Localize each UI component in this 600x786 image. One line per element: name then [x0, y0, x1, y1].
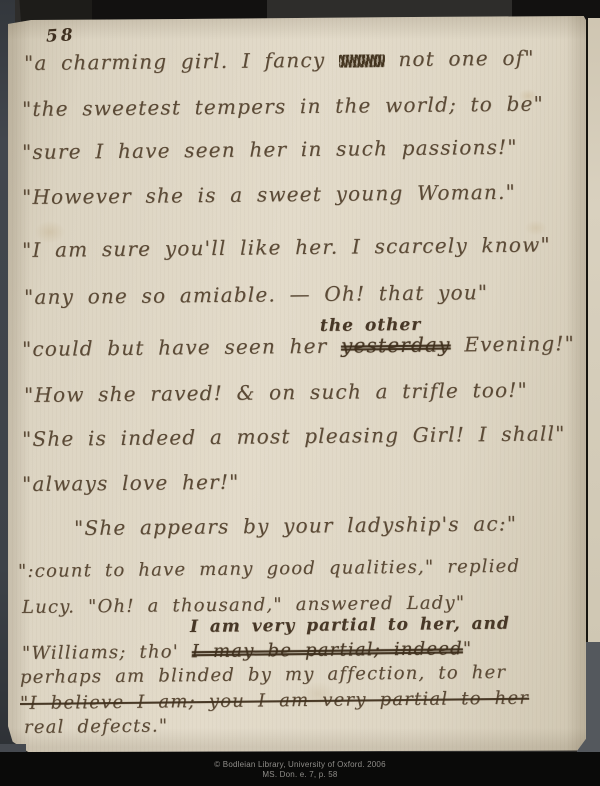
handwritten-text: ":count to have many good qualities," re… [18, 556, 520, 582]
image-caption: © Bodleian Library, University of Oxford… [0, 752, 600, 786]
manuscript-page: 58 "a charming girl. I fancy not one of"… [8, 14, 586, 752]
handwritten-text: "could but have seen her [22, 334, 341, 361]
line-05: "I am sure you'll like her. I scarcely k… [22, 233, 551, 262]
next-page-edge [588, 18, 600, 645]
line-01: "a charming girl. I fancy not one of" [24, 47, 535, 75]
handwritten-text: perhaps am blinded by my affection, to h… [20, 662, 506, 688]
line-12: ":count to have many good qualities," re… [18, 557, 520, 583]
line-11: "She appears by your ladyship's ac:" [74, 512, 517, 540]
handwritten-text: "I am sure you'll like her. I scarcely k… [22, 232, 551, 262]
insertion-partial: I am very partial to her, and [190, 615, 510, 638]
line-15: perhaps am blinded by my affection, to h… [20, 663, 506, 689]
line-04: "However she is a sweet young Woman." [22, 181, 516, 209]
background-shadow [92, 0, 267, 20]
handwritten-text: "the sweetest tempers in the world; to b… [22, 92, 544, 121]
handwritten-text: not one of" [385, 46, 535, 72]
handwritten-text: "always love her!" [22, 470, 240, 496]
handwritten-text: real defects." [24, 715, 169, 738]
handwritten-text: "She is indeed a most pleasing Girl! I s… [22, 421, 566, 451]
handwritten-text: "However she is a sweet young Woman." [22, 180, 516, 209]
scribbled-out-word [339, 54, 385, 67]
handwritten-text: I am very partial to her, and [190, 614, 510, 637]
line-10: "always love her!" [22, 471, 240, 496]
line-16: "I believe I am; you I am very partial t… [20, 689, 529, 715]
line-03: "sure I have seen her in such passions!" [22, 136, 518, 164]
line-02: "the sweetest tempers in the world; to b… [22, 93, 544, 121]
struck-text: I may be partial; indeed [192, 638, 463, 662]
line-07: "could but have seen her yesterday Eveni… [22, 332, 575, 361]
photo-backdrop: 58 "a charming girl. I fancy not one of"… [0, 0, 600, 786]
handwritten-text: "any one so amiable. — Oh! that you" [24, 280, 489, 309]
line-14: "Williams; tho' I may be partial; indeed… [22, 639, 473, 664]
caption-shelfmark: MS. Don. e. 7, p. 58 [0, 770, 600, 780]
struck-text: "I believe I am; you I am very partial t… [20, 688, 529, 714]
handwritten-text: "sure I have seen her in such passions!" [22, 135, 518, 164]
handwritten-text: Evening!" [451, 331, 576, 356]
handwritten-text: "a charming girl. I fancy [24, 48, 339, 75]
line-09: "She is indeed a most pleasing Girl! I s… [22, 422, 566, 451]
handwritten-text: "How she raved! & on such a trifle too!" [24, 378, 528, 407]
caption-copyright: © Bodleian Library, University of Oxford… [0, 760, 600, 770]
line-17: real defects." [24, 716, 169, 738]
line-08: "How she raved! & on such a trifle too!" [24, 379, 528, 407]
handwritten-text: " [463, 638, 473, 659]
handwritten-text: "She appears by your ladyship's ac:" [74, 511, 517, 540]
line-06: "any one so amiable. — Oh! that you" [24, 281, 489, 309]
handwritten-text: "Williams; tho' [22, 641, 192, 664]
page-number: 58 [46, 27, 77, 46]
struck-text: yesterday [341, 333, 451, 358]
